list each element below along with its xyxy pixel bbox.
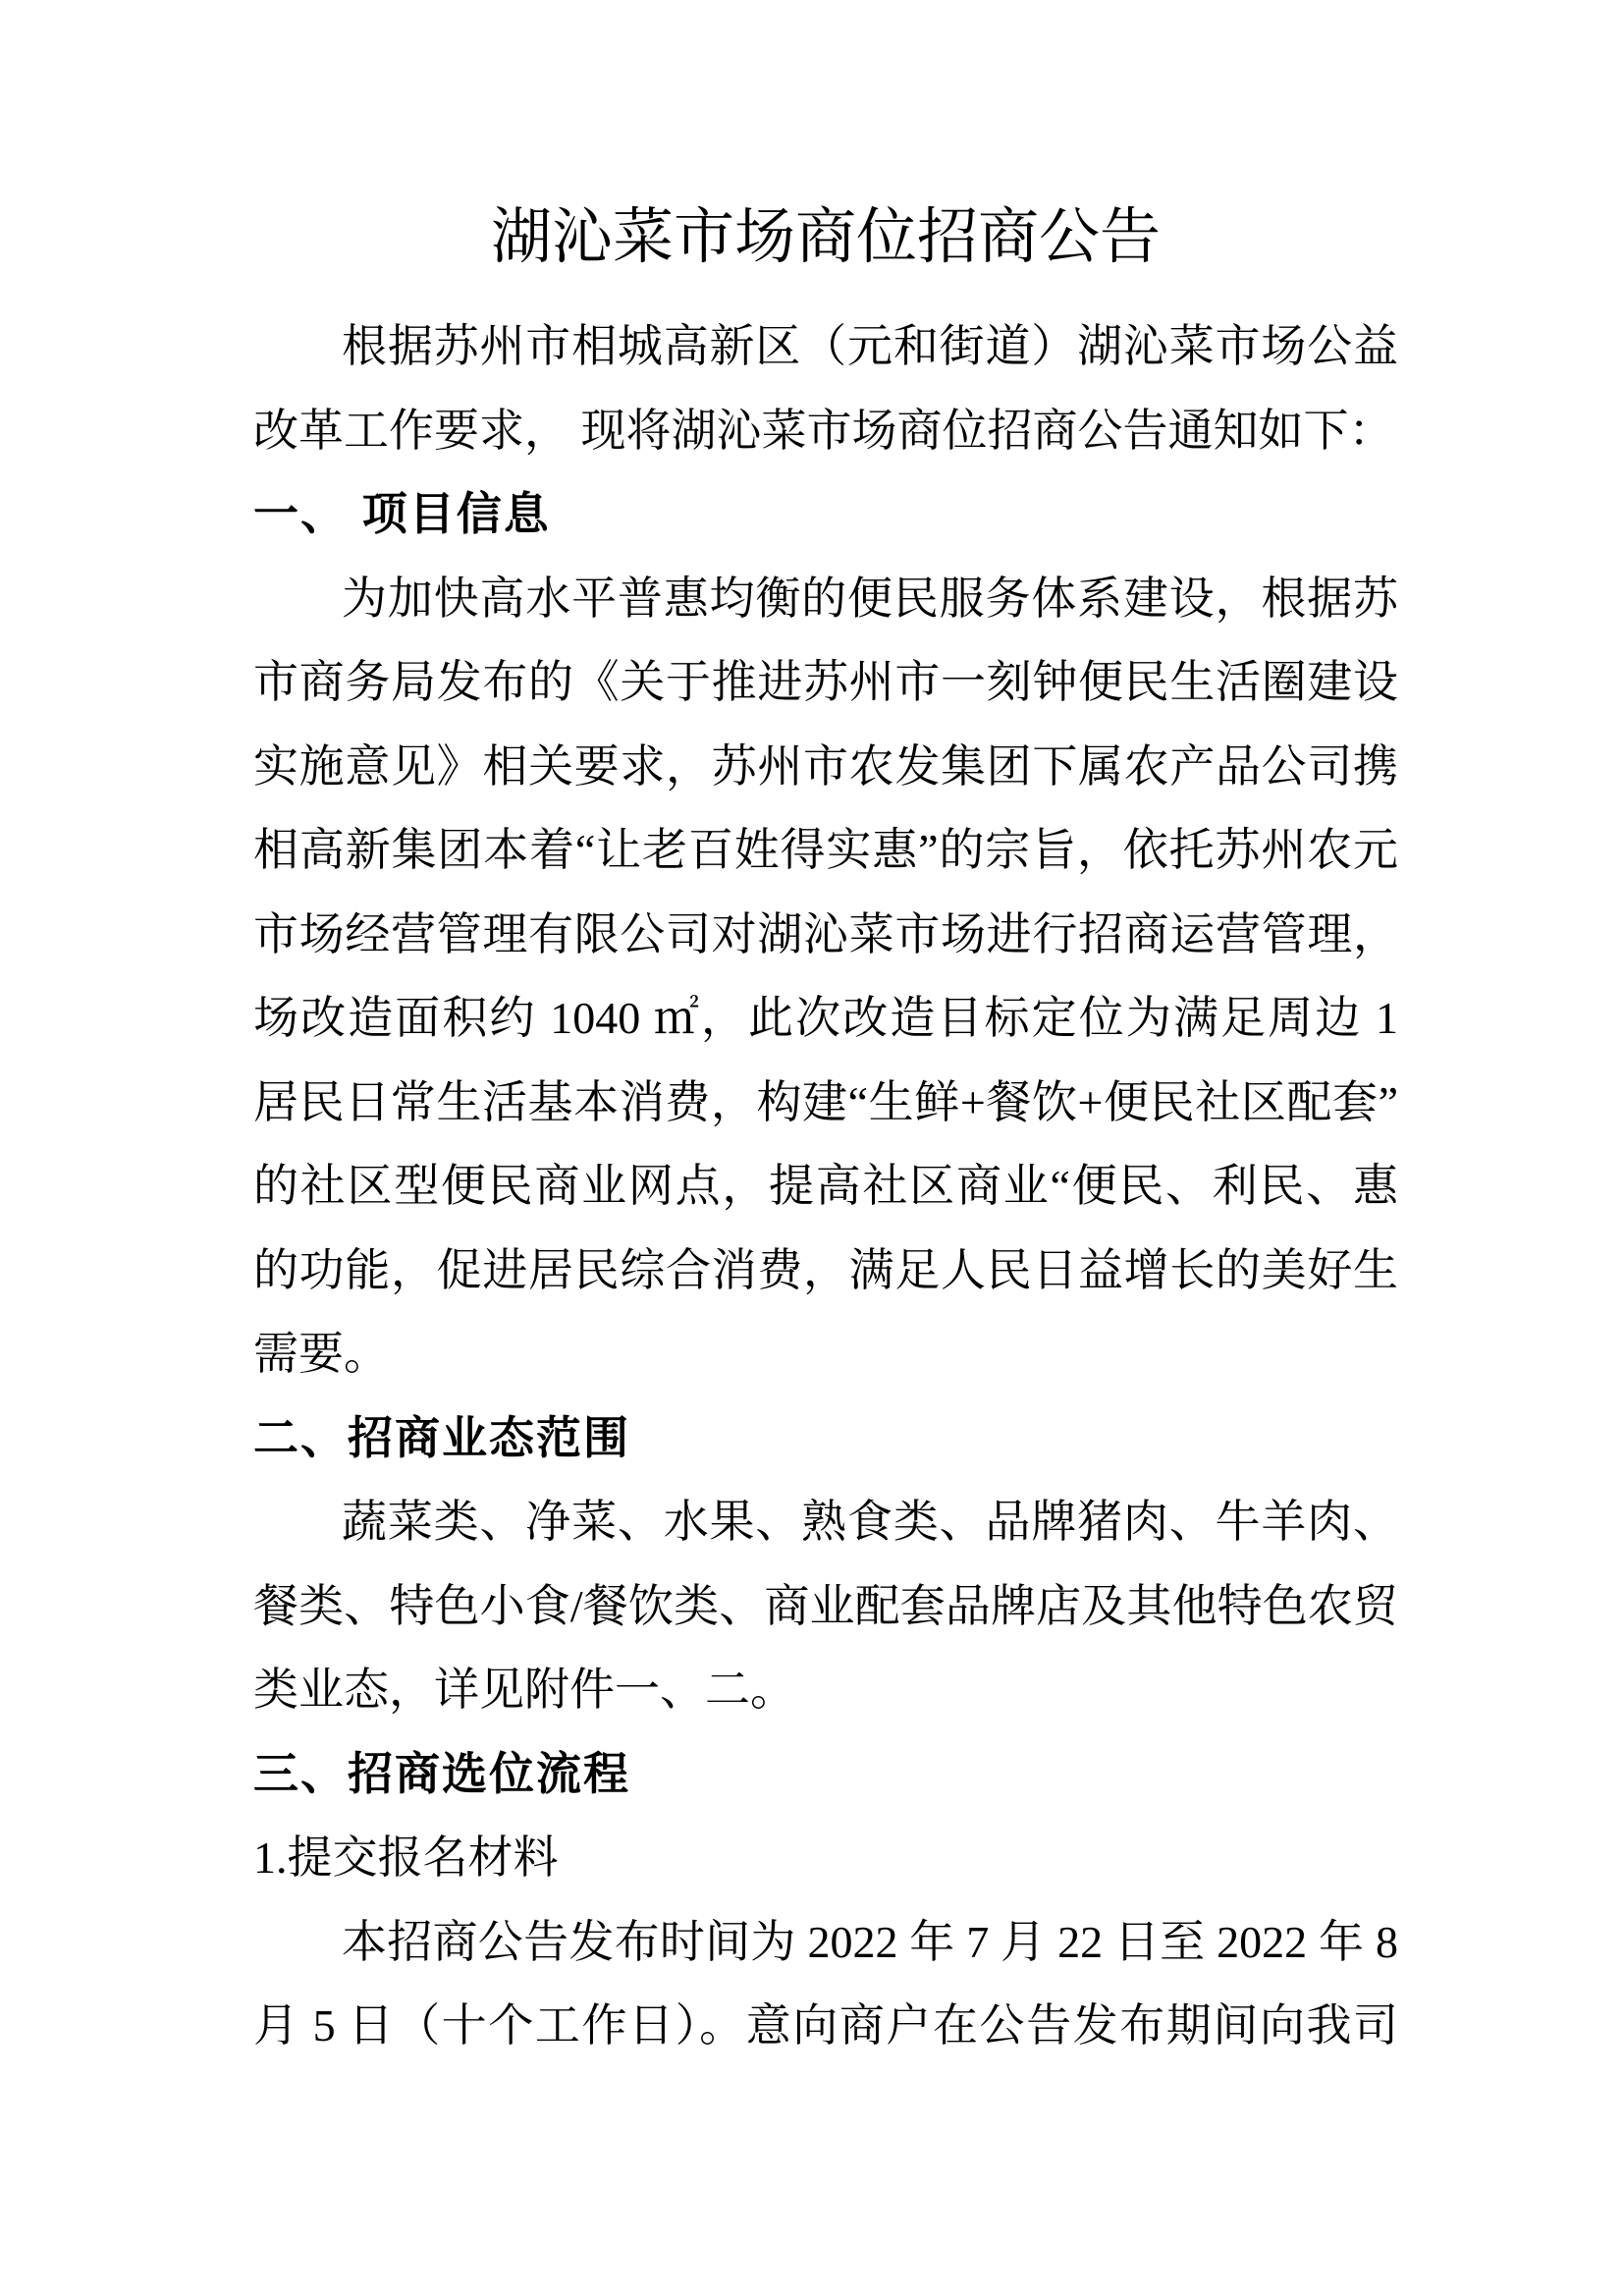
section-heading-3: 三、招商选位流程: [253, 1732, 1398, 1817]
text-line: 本招商公告发布时间为 2022 年 7 月 22 日至 2022 年 8: [253, 1900, 1398, 1985]
section-heading-2: 二、招商业态范围: [253, 1396, 1398, 1481]
document-body: 湖沁菜市场商位招商公告 根据苏州市相城高新区（元和街道）湖沁菜市场公益性 改革工…: [253, 192, 1398, 2068]
text-line: 根据苏州市相城高新区（元和街道）湖沁菜市场公益性: [253, 304, 1398, 389]
text-line: 为加快高水平普惠均衡的便民服务体系建设，根据苏州: [253, 557, 1398, 641]
text-line: 类业态，详见附件一、二。: [253, 1648, 1398, 1732]
text-line: 居民日常生活基本消费，构建“生鲜+餐饮+便民社区配套”: [253, 1061, 1398, 1145]
document-title: 湖沁菜市场商位招商公告: [253, 192, 1398, 283]
list-item-heading: 1.提交报名材料: [253, 1816, 1398, 1900]
text-line: 的社区型便民商业网点，提高社区商业“便民、利民、惠民”: [253, 1144, 1398, 1229]
section-heading-1: 一、 项目信息: [253, 472, 1398, 557]
text-line: 餐类、特色小食/餐饮类、商业配套品牌店及其他特色农贸: [253, 1564, 1398, 1649]
text-line: 市商务局发布的《关于推进苏州市一刻钟便民生活圈建设的: [253, 640, 1398, 725]
text-line: 的功能，促进居民综合消费，满足人民日益增长的美好生活: [253, 1229, 1398, 1313]
text-line: 场改造面积约 1040 ㎡，此次改造目标定位为满足周边 1 公里: [253, 976, 1398, 1061]
text-line: 蔬菜类、净菜、水果、熟食类、品牌猪肉、牛羊肉、早: [253, 1480, 1398, 1564]
text-line: 需要。: [253, 1312, 1398, 1396]
text-line: 月 5 日（十个工作日）。意向商户在公告发布期间向我司提: [253, 1984, 1398, 2068]
document-page: 湖沁菜市场商位招商公告 根据苏州市相城高新区（元和街道）湖沁菜市场公益性 改革工…: [0, 0, 1623, 2296]
text-line: 市场经营管理有限公司对湖沁菜市场进行招商运营管理，市: [253, 893, 1398, 977]
text-line: 相高新集团本着“让老百姓得实惠”的宗旨，依托苏州农元: [253, 808, 1398, 893]
text-line: 实施意见》相关要求，苏州市农发集团下属农产品公司携手: [253, 725, 1398, 809]
text-line: 改革工作要求， 现将湖沁菜市场商位招商公告通知如下：: [253, 389, 1398, 473]
